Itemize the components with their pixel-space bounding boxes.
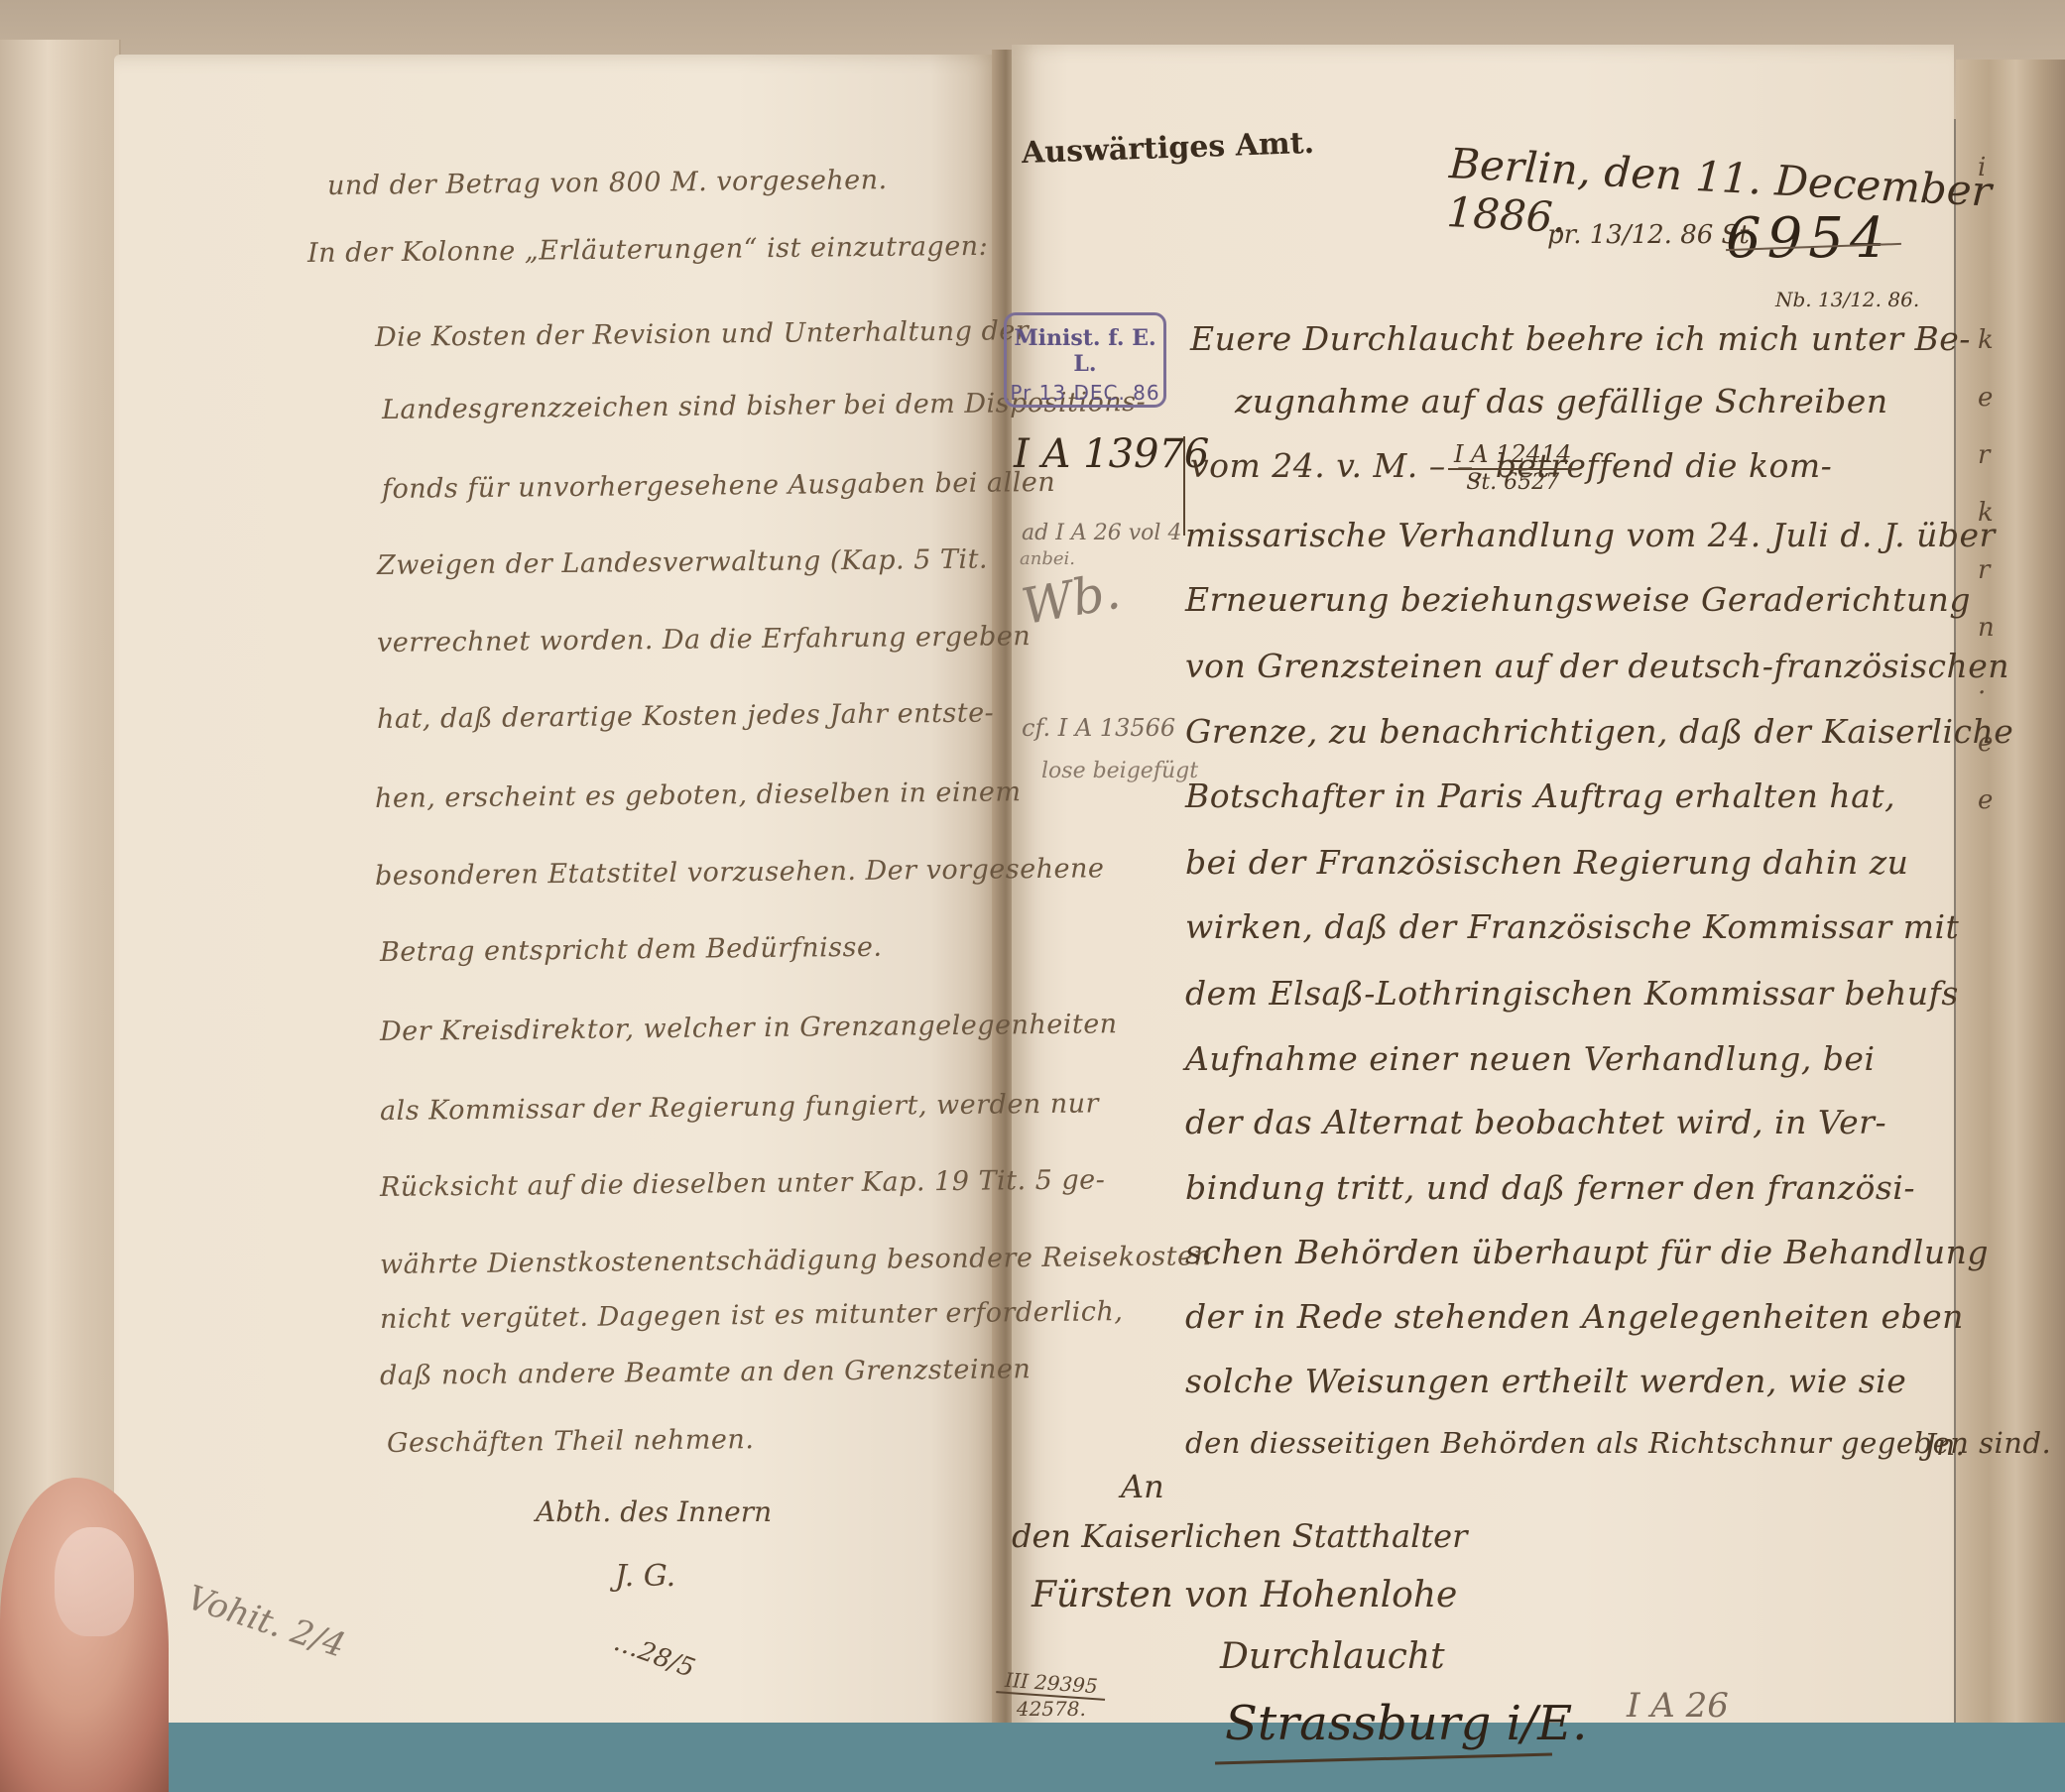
stamp-date: Pr 13 DEC. 86 [1007, 381, 1163, 405]
address-city: Strassburg i/E. [1225, 1696, 1587, 1751]
body-line: von Grenzsteinen auf der deutsch-französ… [1185, 647, 2009, 685]
body-line: schen Behörden überhaupt für die Behandl… [1185, 1233, 1989, 1271]
inline-ref-denominator: St. 6527 [1448, 470, 1577, 495]
table-surface [0, 1723, 2065, 1792]
body-line: Aufnahme einer neuen Verhandlung, bei [1185, 1039, 1876, 1078]
initials-signature: J. G. [615, 1559, 675, 1594]
body-line: Erneuerung beziehungsweise Geraderichtun… [1185, 580, 1971, 619]
left-line: und der Betrag von 800 M. vorgesehen. [327, 165, 888, 201]
file-reference-note: anbei. [1020, 548, 1075, 569]
left-line: hat, daß derartige Kosten jedes Jahr ent… [377, 697, 995, 735]
catalog-number: III 29395 42578. [997, 1671, 1106, 1721]
left-page [114, 55, 1002, 1740]
address-line-1: den Kaiserlichen Statthalter [1012, 1517, 1467, 1555]
address-file-ref: I A 26 [1627, 1686, 1729, 1726]
body-line: missarische Verhandlung vom 24. Juli d. … [1185, 516, 1996, 554]
body-line: solche Weisungen ertheilt werden, wie si… [1185, 1362, 1906, 1400]
thumb-nail [55, 1527, 134, 1636]
left-page-stack [0, 40, 121, 1726]
catalog-numerator: III 29395 [996, 1667, 1106, 1701]
registered-note: Nb. 13/12. 86. [1775, 288, 1919, 311]
cross-reference-note: lose beigefügt [1041, 759, 1198, 783]
body-line: bei der Französischen Regierung dahin zu [1185, 843, 1908, 882]
department-signature: Abth. des Innern [536, 1495, 772, 1528]
body-line: der in Rede stehenden Angelegenheiten eb… [1185, 1297, 1964, 1336]
catchword: Jn. [1924, 1428, 1965, 1463]
inline-ref-numerator: I A 12414 [1448, 440, 1577, 470]
body-line: den diesseitigen Behörden als Richtschnu… [1185, 1426, 2051, 1460]
body-line: wirken, daß der Französische Kommissar m… [1185, 907, 1959, 946]
body-line: Grenze, zu benachrichtigen, daß der Kais… [1185, 712, 2013, 751]
body-line: bindung tritt, und daß ferner den franzö… [1185, 1168, 1915, 1207]
stamp-ministry: Minist. f. E. L. [1007, 325, 1163, 377]
file-reference-main: I A 13976 [1014, 431, 1209, 477]
file-reference-sub: ad I A 26 vol 4 [1022, 521, 1181, 545]
body-line: Euere Durchlaucht beehre ich mich unter … [1190, 319, 1971, 358]
ministry-receipt-stamp: Minist. f. E. L. Pr 13 DEC. 86 [1004, 312, 1166, 408]
address-an: An [1121, 1468, 1164, 1505]
left-line: Geschäften Theil nehmen. [387, 1424, 755, 1459]
body-line: dem Elsaß-Lothringischen Kommissar behuf… [1185, 974, 1959, 1013]
cross-reference: cf. I A 13566 [1022, 714, 1175, 742]
body-line: Botschafter in Paris Auftrag erhalten ha… [1185, 777, 1895, 815]
left-line: Zweigen der Landesverwaltung (Kap. 5 Tit… [377, 544, 988, 581]
body-line: zugnahme auf das gefällige Schreiben [1235, 382, 1888, 420]
body-line: der das Alternat beobachtet wird, in Ver… [1185, 1103, 1886, 1141]
inline-file-reference: I A 12414 St. 6527 [1448, 440, 1577, 495]
address-line-2: Fürsten von Hohenlohe [1032, 1575, 1457, 1615]
left-line: Betrag entspricht dem Bedürfnisse. [380, 932, 883, 968]
right-page-stack: i k e r k r n . e e [1956, 60, 2065, 1726]
catalog-denominator: 42578. [997, 1697, 1106, 1721]
journal-number: 6954 [1726, 206, 1891, 271]
address-line-3: Durchlaucht [1220, 1636, 1445, 1677]
